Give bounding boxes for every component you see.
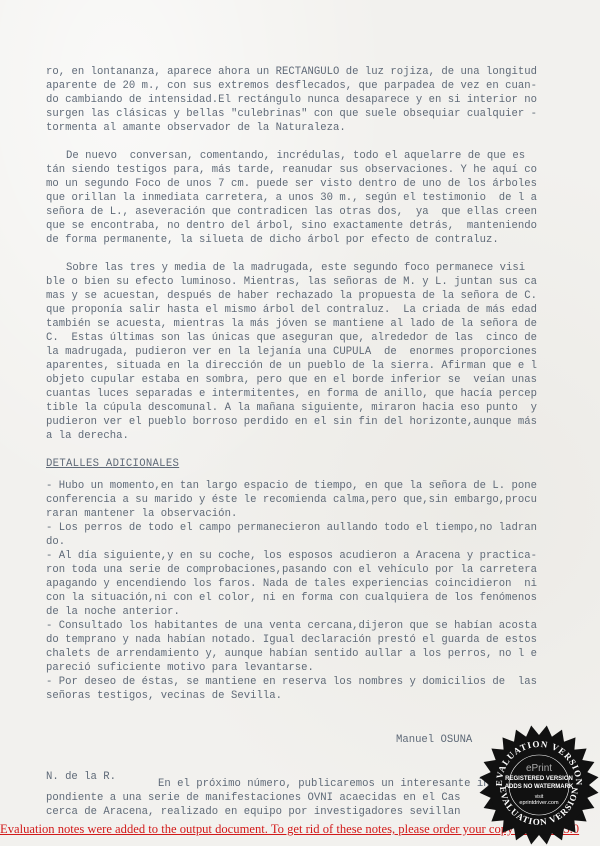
text-line: tán siendo testigos para, más tarde, rea… <box>46 164 556 176</box>
text-line: de la noche anterior. <box>46 606 556 618</box>
text-line: - Los perros de todo el campo permanecie… <box>46 522 556 534</box>
watermark-brand: ePrint <box>478 763 600 774</box>
evaluation-watermark-badge: EVALUATION VERSION EVALUATION VERSION eP… <box>478 722 600 846</box>
editor-note-label: N. de la R. <box>46 771 116 783</box>
text-line: - Por deseo de éstas, se mantiene en res… <box>46 676 556 688</box>
text-line: ble o bien su efecto luminoso. Mientras,… <box>46 276 556 288</box>
text-line: que orillan la inmediata carretera, a un… <box>46 192 556 204</box>
watermark-line-1: REGISTERED VERSION <box>478 776 600 782</box>
watermark-line-2: ADDS NO WATERMARK <box>478 784 600 790</box>
text-line: chalets de arrendamiento y, aunque había… <box>46 648 556 660</box>
text-line: de forma permanente, la silueta de dicho… <box>46 234 556 246</box>
text-line: que se encontraba, no dentro del árbol, … <box>46 220 556 232</box>
text-line: tible la cúpula descomunal. A la mañana … <box>46 402 556 414</box>
author-signature: Manuel OSUNA <box>396 734 472 746</box>
text-line: do temprano y nada habían notado. Igual … <box>46 634 556 646</box>
text-line: que proponía salir hasta el mismo árbol … <box>46 304 556 316</box>
text-line: cuantas luces separadas e intermitentes,… <box>46 388 556 400</box>
text-line: con la situación,ni con el color, ni en … <box>46 592 556 604</box>
text-line: apagando y encendiendo los faros. Nada d… <box>46 578 556 590</box>
text-line: pudieron ver el pueblo borroso perdido e… <box>46 416 556 428</box>
text-line: - Consultado los habitantes de una venta… <box>46 620 556 632</box>
text-line: aparentes, situada en la dirección de un… <box>46 360 556 372</box>
text-line: pareció suficiente motivo para levantars… <box>46 662 556 674</box>
text-line: ro, en lontananza, aparece ahora un RECT… <box>46 66 556 78</box>
text-line: do cambiando de intensidad.El rectángulo… <box>46 94 556 106</box>
text-line: aparente de 20 m., con sus extremos desf… <box>46 80 556 92</box>
text-line: ron toda una serie de comprobaciones,pas… <box>46 564 556 576</box>
text-line: Sobre las tres y media de la madrugada, … <box>66 262 576 274</box>
text-line: - Al día siguiente,y en su coche, los es… <box>46 550 556 562</box>
text-line: la madrugada, pudieron ver en la lejanía… <box>46 346 556 358</box>
text-line: también se acuesta, mientras la más jóve… <box>46 318 556 330</box>
watermark-url: eprintdriver.com <box>478 800 600 806</box>
text-line: señora de L., aseveración que contradice… <box>46 206 556 218</box>
text-line: surgen las clásicas y bellas "culebrinas… <box>46 108 556 120</box>
text-line: objeto cupular estaba en sombra, pero qu… <box>46 374 556 386</box>
text-line: - Hubo un momento,en tan largo espacio d… <box>46 480 556 492</box>
text-line: mo un segundo Foco de unos 7 cm. puede s… <box>46 178 556 190</box>
scanned-page: ro, en lontananza, aparece ahora un RECT… <box>0 0 600 846</box>
text-line: conferencia a su marido y éste le recomi… <box>46 494 556 506</box>
text-line: raran mantener la observación. <box>46 508 556 520</box>
text-line: mas y se acuestan, después de haber rech… <box>46 290 556 302</box>
text-line: a la derecha. <box>46 430 556 442</box>
text-line: do. <box>46 536 556 548</box>
text-line: señoras testigos, vecinas de Sevilla. <box>46 690 556 702</box>
section-heading: DETALLES ADICIONALES <box>46 458 179 470</box>
text-line: De nuevo conversan, comentando, incrédul… <box>66 150 576 162</box>
text-line: tormenta al amante observador de la Natu… <box>46 122 556 134</box>
text-line: C. Estas últimas son las únicas que aseg… <box>46 332 556 344</box>
